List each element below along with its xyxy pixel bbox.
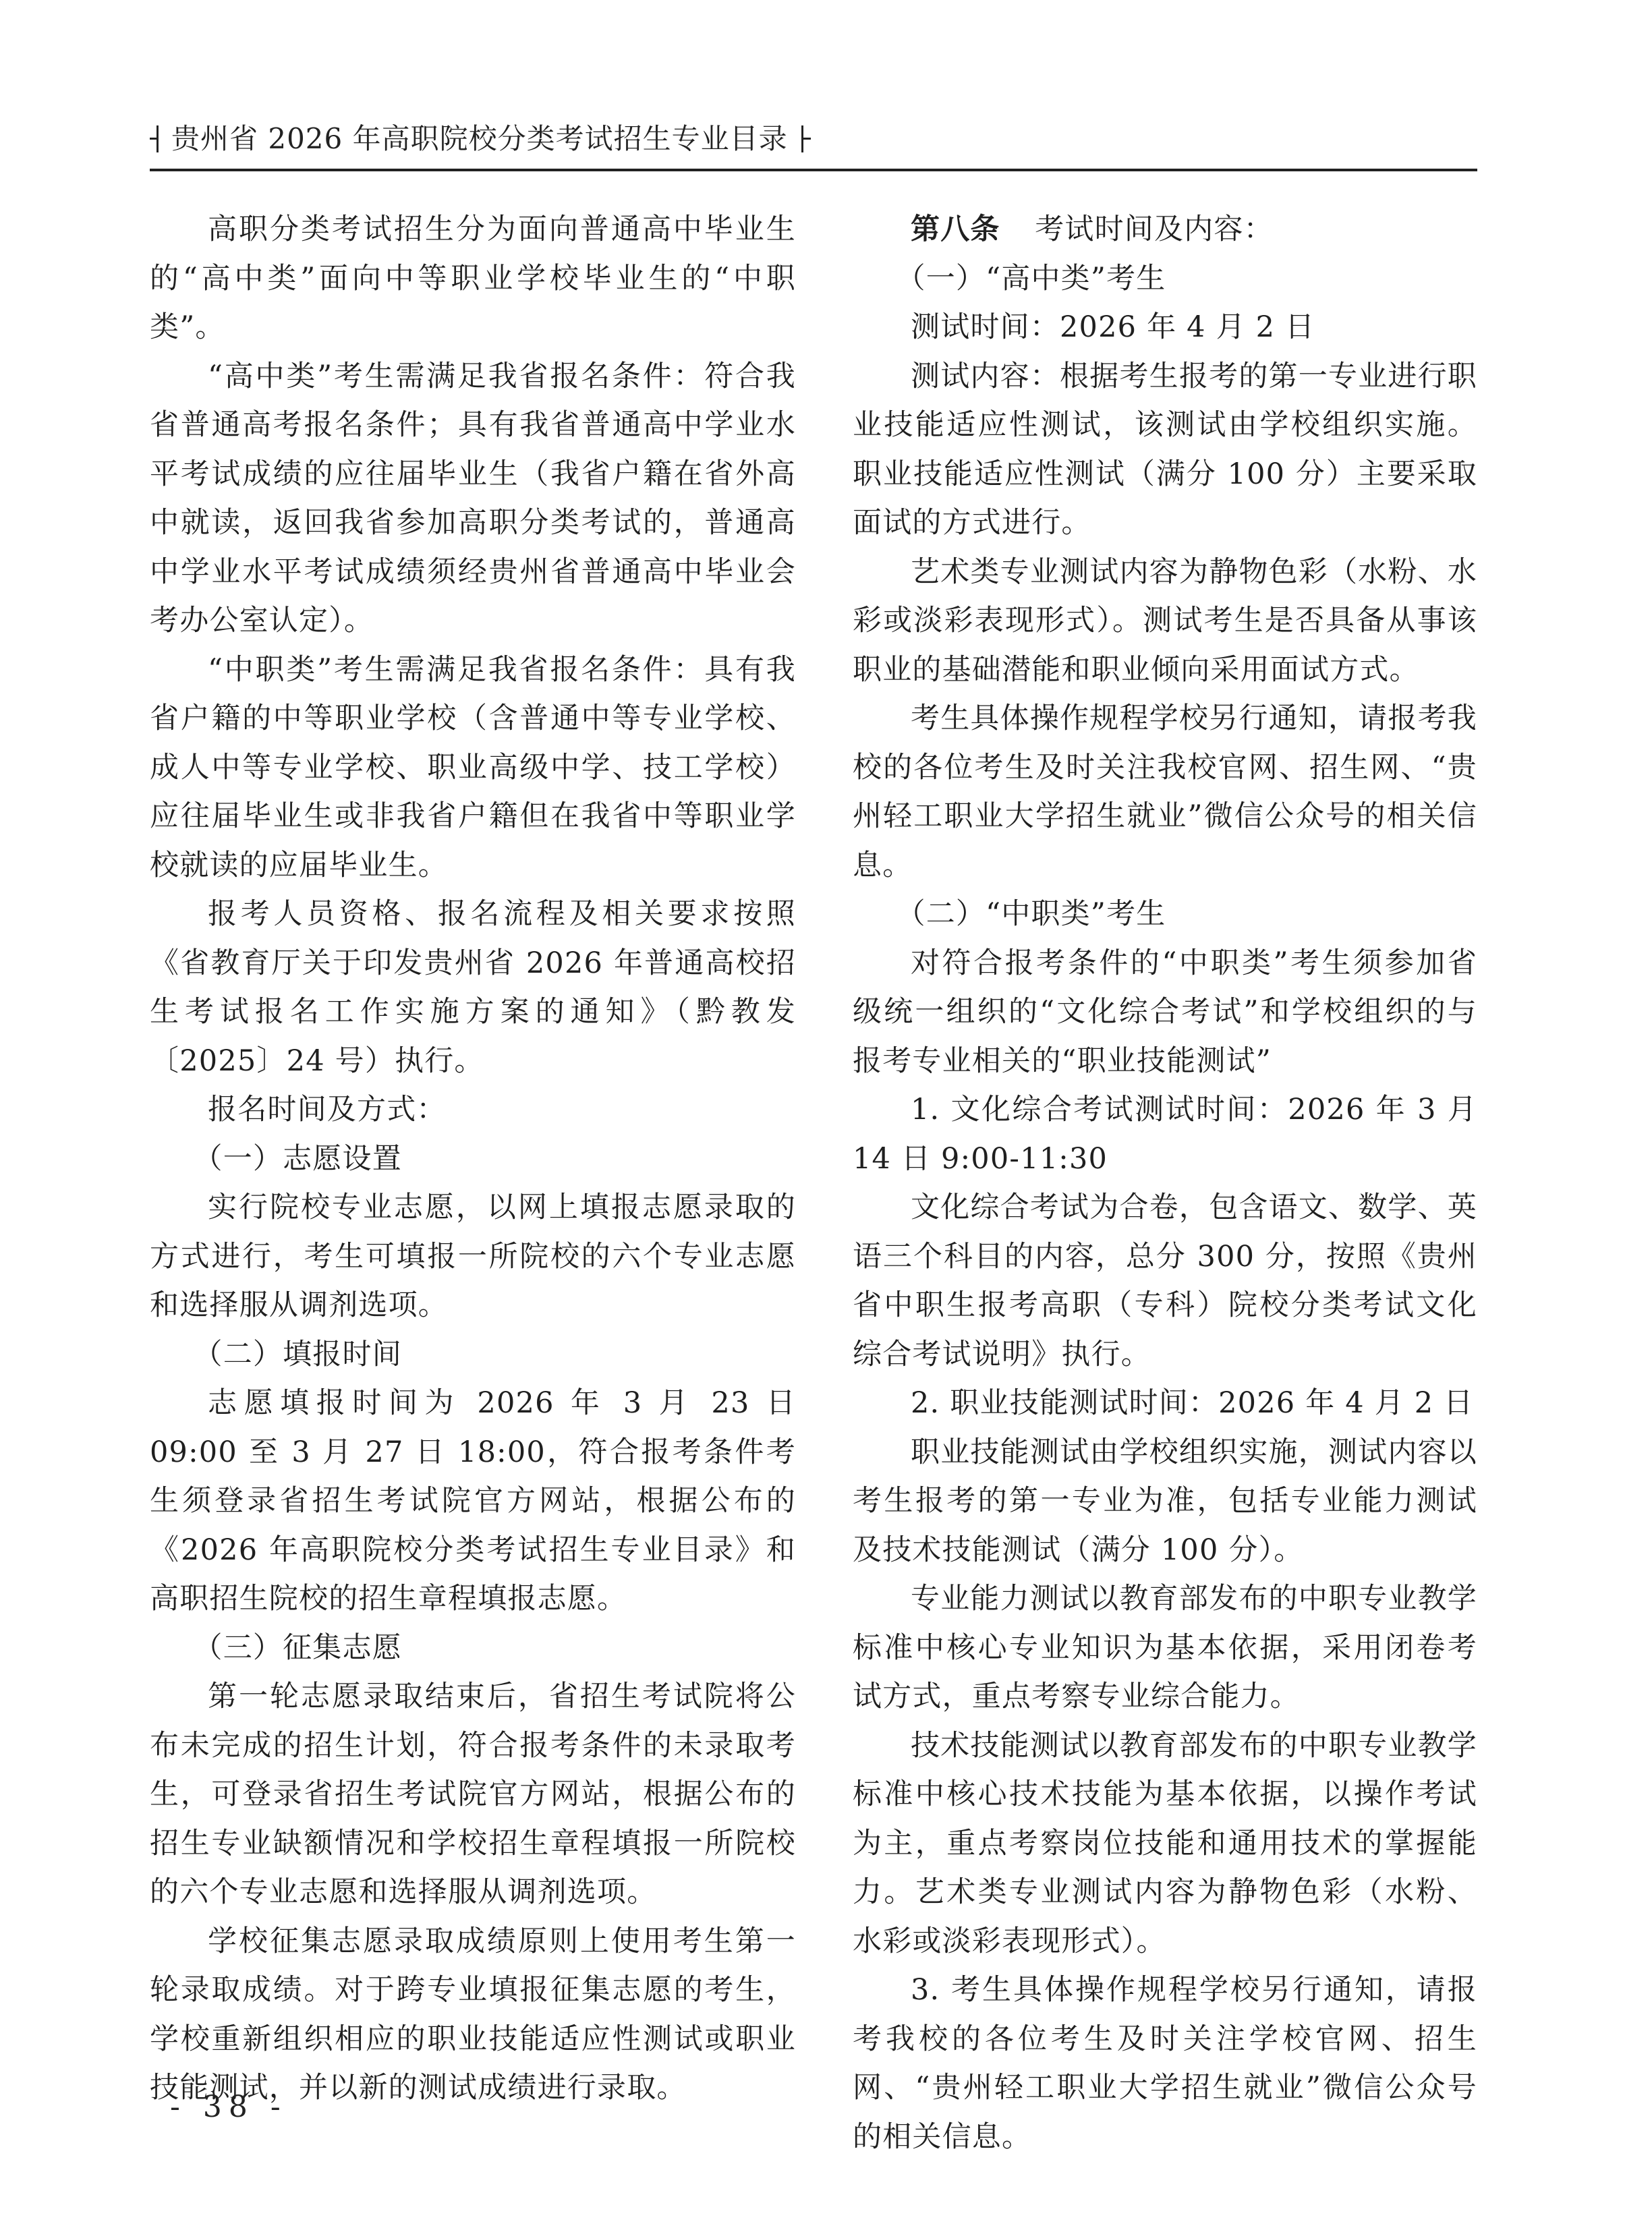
page-number: - 38 - <box>170 2090 287 2124</box>
paragraph: “中职类”考生需满足我省报名条件：具有我省户籍的中等职业学校（含普通中等专业学校… <box>150 646 796 890</box>
section-heading: （二）填报时间 <box>150 1330 796 1379</box>
article-label: 第八条 <box>911 212 1000 246</box>
header-title: 贵州省 2026 年高职院校分类考试招生专业目录 <box>165 120 795 158</box>
paragraph: 技术技能测试以教育部发布的中职专业教学标准中核心技术技能为基本依据，以操作考试为… <box>853 1721 1477 1966</box>
paragraph: 对符合报考条件的“中职类”考生须参加省级统一组织的“文化综合考试”和学校组织的与… <box>853 939 1477 1086</box>
section-heading: （一）“高中类”考生 <box>853 254 1477 304</box>
header-right-bracket-icon <box>795 125 809 152</box>
paragraph: 实行院校专业志愿，以网上填报志愿录取的方式进行，考生可填报一所院校的六个专业志愿… <box>150 1183 796 1330</box>
paragraph: “高中类”考生需满足我省报名条件：符合我省普通高考报名条件；具有我省普通高中学业… <box>150 352 796 646</box>
paragraph: 2. 职业技能测试时间：2026 年 4 月 2 日 <box>853 1379 1477 1428</box>
paragraph: 文化综合考试为合卷，包含语文、数学、英语三个科目的内容，总分 300 分，按照《… <box>853 1183 1477 1379</box>
paragraph: 专业能力测试以教育部发布的中职专业教学标准中核心专业知识为基本依据，采用闭卷考试… <box>853 1574 1477 1721</box>
right-column: 第八条考试时间及内容： （一）“高中类”考生 测试时间：2026 年 4 月 2… <box>853 205 1477 2161</box>
paragraph: 高职分类考试招生分为面向普通高中毕业生的“高中类”面向中等职业学校毕业生的“中职… <box>150 205 796 352</box>
paragraph: 1. 文化综合考试测试时间：2026 年 3 月 14 日 9:00-11:30 <box>853 1085 1477 1183</box>
article-heading: 第八条考试时间及内容： <box>853 205 1477 254</box>
header-rule <box>150 169 1477 171</box>
paragraph: 测试时间：2026 年 4 月 2 日 <box>853 303 1477 352</box>
paragraph: 志愿填报时间为 2026 年 3 月 23 日 09:00 至 3 月 27 日… <box>150 1379 796 1624</box>
paragraph: 报名时间及方式： <box>150 1085 796 1135</box>
section-heading: （三）征集志愿 <box>150 1624 796 1673</box>
section-heading: （二）“中职类”考生 <box>853 890 1477 939</box>
header-left-bracket-icon <box>150 125 165 152</box>
paragraph: 学校征集志愿录取成绩原则上使用考生第一轮录取成绩。对于跨专业填报征集志愿的考生，… <box>150 1917 796 2113</box>
article-title: 考试时间及内容： <box>1035 212 1274 246</box>
section-heading: （一）志愿设置 <box>150 1135 796 1184</box>
paragraph: 第一轮志愿录取结束后，省招生考试院将公布未完成的招生计划，符合报考条件的未录取考… <box>150 1672 796 1917</box>
paragraph: 考生具体操作规程学校另行通知，请报考我校的各位考生及时关注我校官网、招生网、“贵… <box>853 694 1477 890</box>
paragraph: 报考人员资格、报名流程及相关要求按照《省教育厅关于印发贵州省 2026 年普通高… <box>150 890 796 1085</box>
paragraph: 3. 考生具体操作规程学校另行通知，请报考我校的各位考生及时关注学校官网、招生网… <box>853 1966 1477 2161</box>
paragraph: 艺术类专业测试内容为静物色彩（水粉、水彩或淡彩表现形式）。测试考生是否具备从事该… <box>853 548 1477 695</box>
paragraph: 职业技能测试由学校组织实施，测试内容以考生报考的第一专业为准，包括专业能力测试及… <box>853 1428 1477 1575</box>
left-column: 高职分类考试招生分为面向普通高中毕业生的“高中类”面向中等职业学校毕业生的“中职… <box>150 205 796 2113</box>
paragraph: 测试内容：根据考生报考的第一专业进行职业技能适应性测试，该测试由学校组织实施。职… <box>853 352 1477 548</box>
running-header: 贵州省 2026 年高职院校分类考试招生专业目录 <box>150 120 809 158</box>
